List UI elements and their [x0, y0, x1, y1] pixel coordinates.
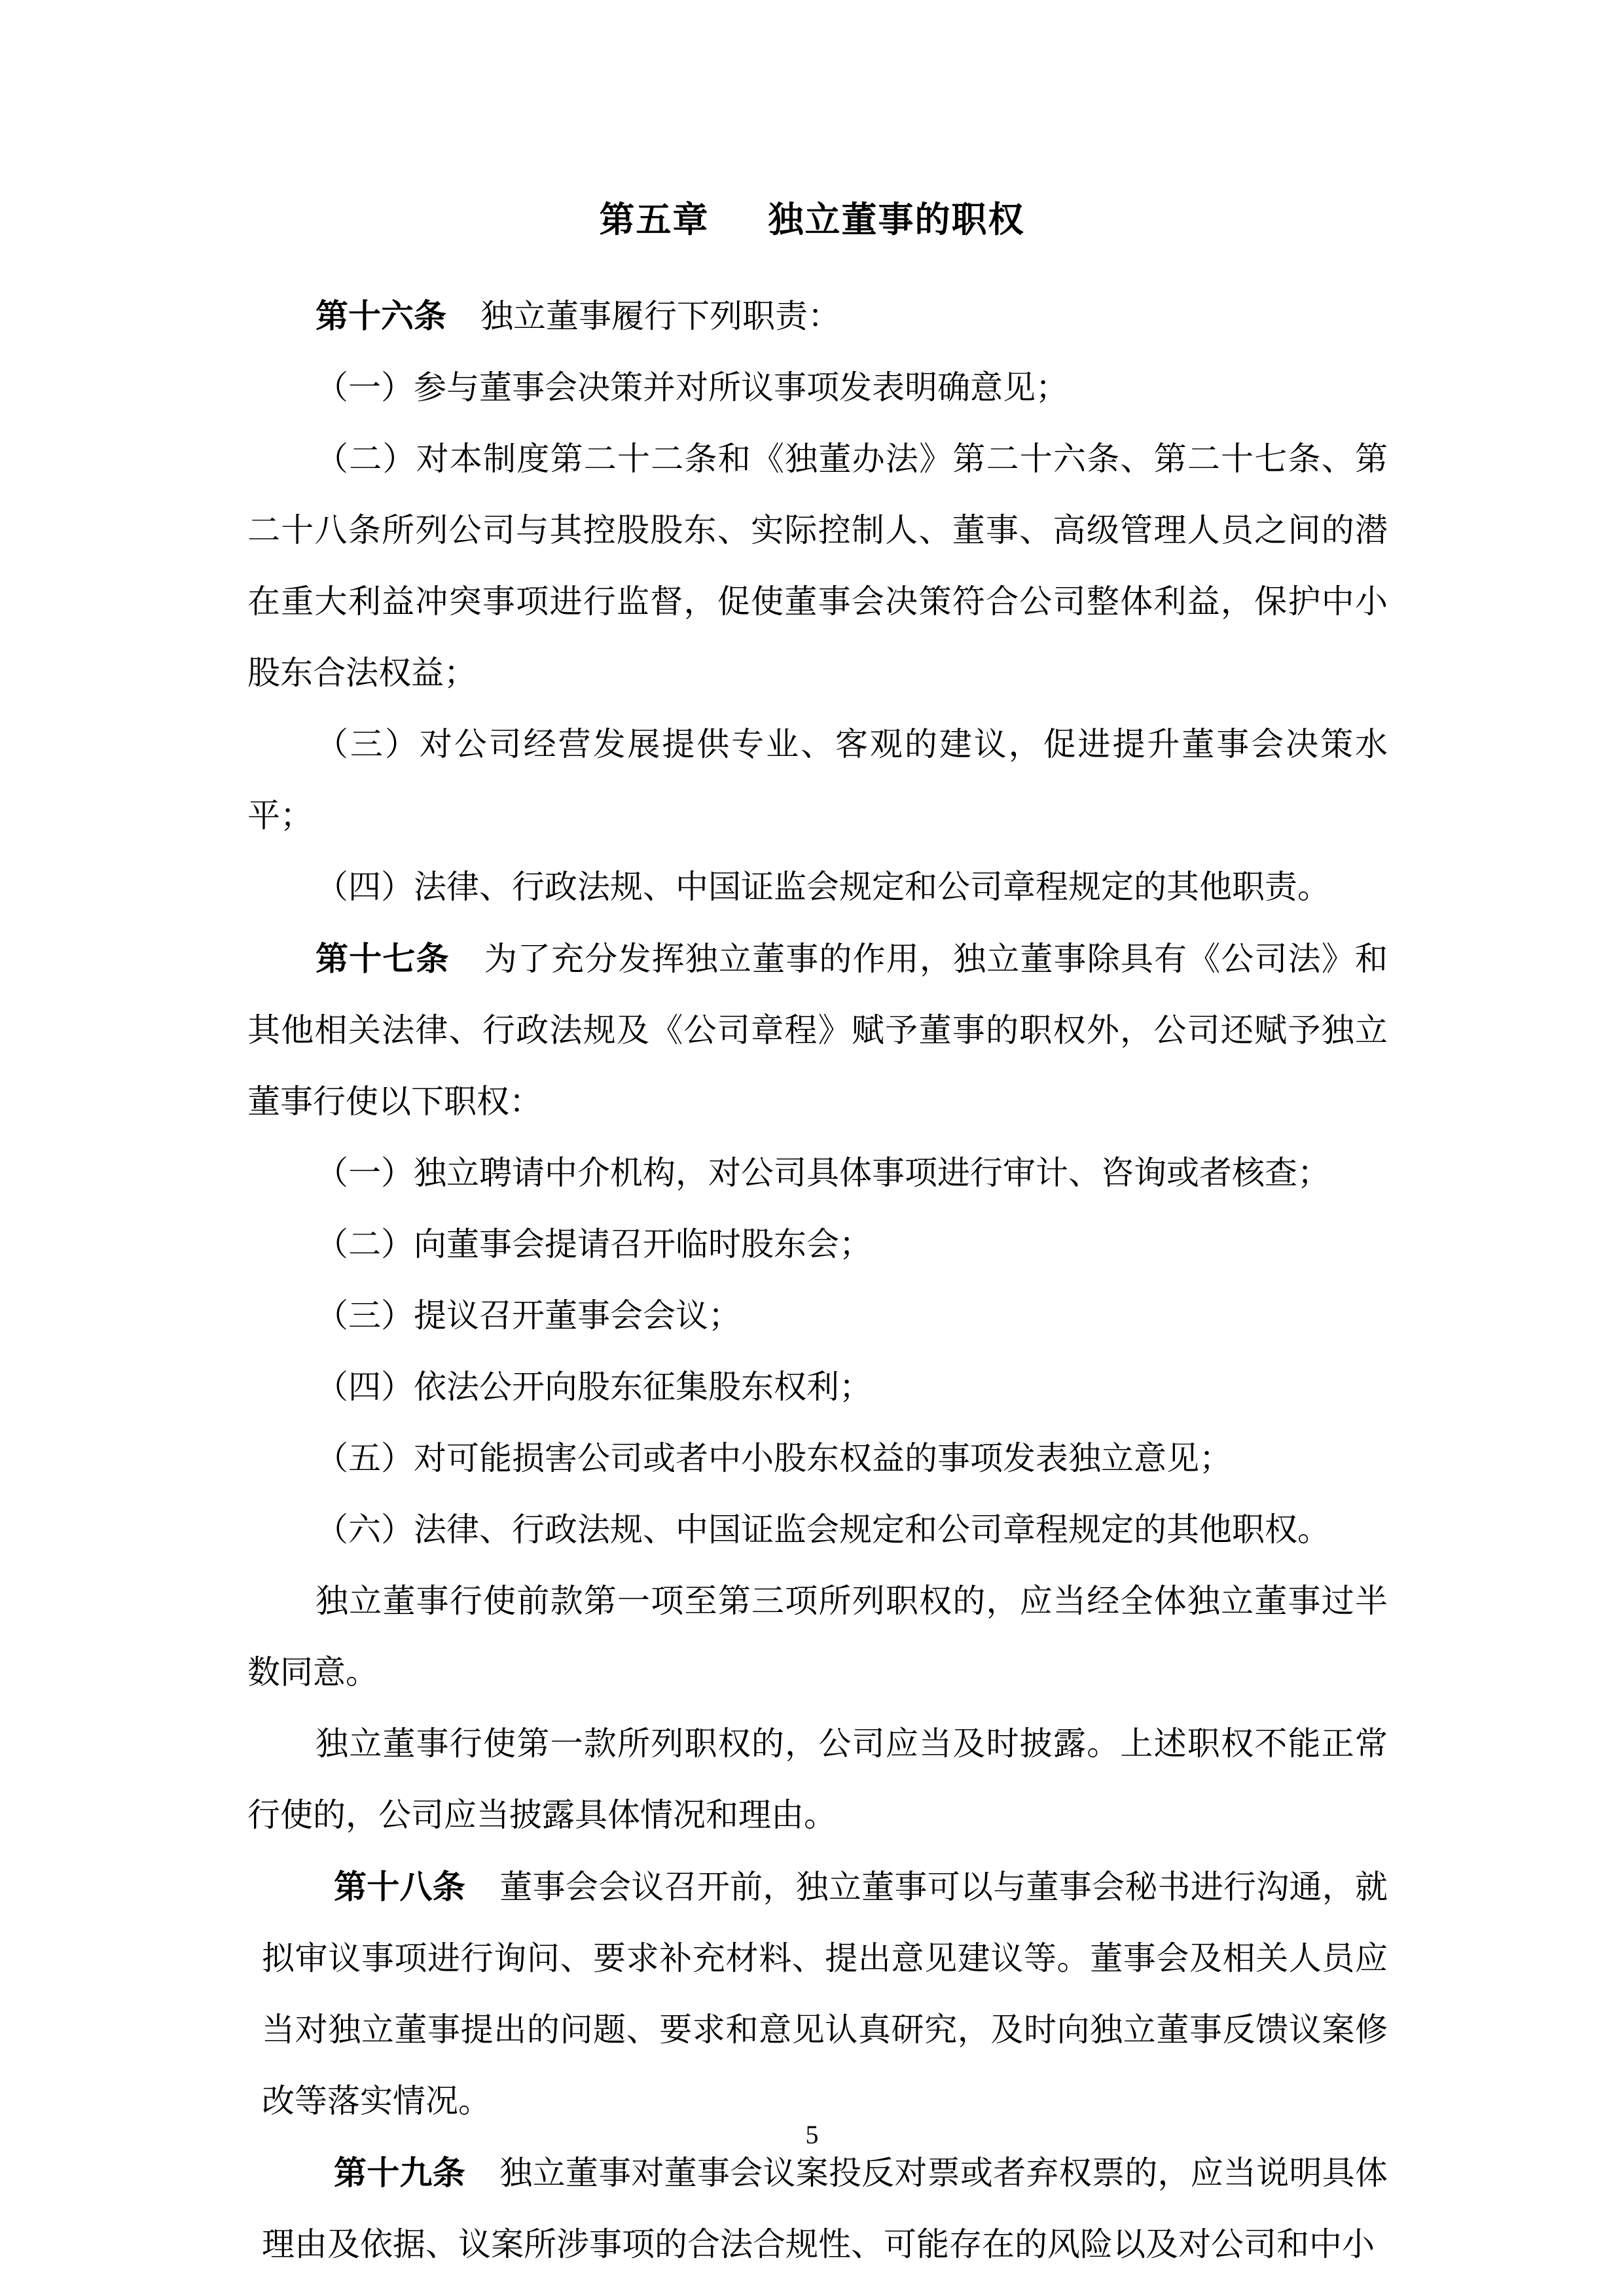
article-19: 第十九条独立董事对董事会议案投反对票或者弃权票的，应当说明具体理由及依据、议案所… [247, 2137, 1388, 2280]
article-17-item-6: （六）法律、行政法规、中国证监会规定和公司章程规定的其他职权。 [247, 1494, 1388, 1566]
article-label: 第十六条 [316, 296, 446, 335]
article-16-item-2: （二）对本制度第二十二条和《独董办法》第二十六条、第二十七条、第二十八条所列公司… [247, 423, 1388, 709]
article-17-item-3: （三）提议召开董事会会议； [247, 1280, 1388, 1352]
article-label: 第十九条 [334, 2153, 465, 2192]
article-label: 第十七条 [316, 939, 450, 978]
article-17-item-4: （四）依法公开向股东征集股东权利； [247, 1352, 1388, 1423]
article-16: 第十六条独立董事履行下列职责： [247, 280, 1388, 352]
chapter-number: 第五章 [600, 198, 710, 240]
chapter-name: 独立董事的职权 [768, 198, 1025, 240]
article-17-item-2: （二）向董事会提请召开临时股东会； [247, 1209, 1388, 1280]
article-17-note-1: 独立董事行使前款第一项至第三项所列职权的，应当经全体独立董事过半数同意。 [247, 1566, 1388, 1708]
article-17: 第十七条为了充分发挥独立董事的作用，独立董事除具有《公司法》和其他相关法律、行政… [247, 923, 1388, 1138]
article-17-note-2: 独立董事行使第一款所列职权的，公司应当及时披露。上述职权不能正常行使的，公司应当… [247, 1708, 1388, 1851]
article-16-item-3: （三）对公司经营发展提供专业、客观的建议，促进提升董事会决策水平； [247, 709, 1388, 852]
article-18: 第十八条董事会会议召开前，独立董事可以与董事会秘书进行沟通，就拟审议事项进行询问… [247, 1851, 1388, 2137]
page-number: 5 [0, 2119, 1624, 2150]
article-text: 独立董事履行下列职责： [480, 297, 840, 335]
article-17-item-5: （五）对可能损害公司或者中小股东权益的事项发表独立意见； [247, 1423, 1388, 1494]
document-body: 第十六条独立董事履行下列职责： （一）参与董事会决策并对所议事项发表明确意见； … [247, 280, 1388, 2280]
document-page: 第五章独立董事的职权 第十六条独立董事履行下列职责： （一）参与董事会决策并对所… [0, 0, 1624, 2296]
article-17-item-1: （一）独立聘请中介机构，对公司具体事项进行审计、咨询或者核查； [247, 1138, 1388, 1209]
article-label: 第十八条 [334, 1867, 465, 1906]
chapter-title: 第五章独立董事的职权 [0, 196, 1624, 242]
article-16-item-1: （一）参与董事会决策并对所议事项发表明确意见； [247, 352, 1388, 423]
article-16-item-4: （四）法律、行政法规、中国证监会规定和公司章程规定的其他职责。 [247, 852, 1388, 923]
